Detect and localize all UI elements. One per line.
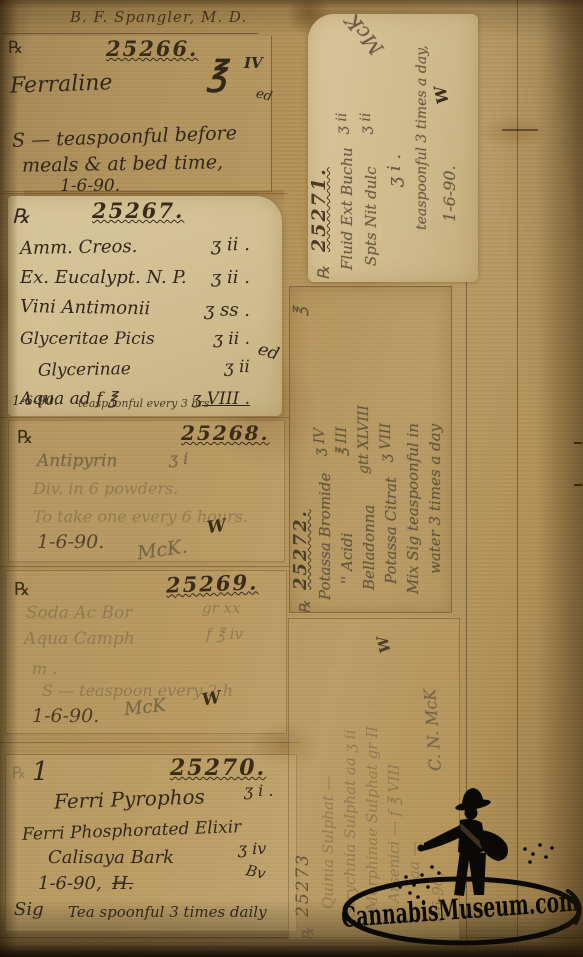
sig-line: meals & at bed time,: [22, 151, 223, 177]
quantity: gtt XLVIII: [356, 405, 372, 474]
annotation: ed: [254, 86, 273, 104]
ingredient: Potassa Bromide: [316, 473, 334, 600]
prescription-number: 25266.: [106, 36, 198, 61]
annotation: ℥: [290, 307, 309, 316]
quantity: ʒ ii: [334, 113, 350, 134]
ledger-mark: 1: [32, 757, 49, 787]
rotated-content: ℞ 25271. Fluid Ext Buchu ʒ ii Spts Nit d…: [308, 14, 478, 282]
quantity: gr xx: [202, 599, 240, 617]
sig-label: Sig: [14, 899, 44, 920]
page-edge: [0, 943, 583, 957]
annotation: ed: [255, 339, 281, 364]
initial-mark: W: [430, 84, 452, 106]
date: 1-6-90.: [12, 394, 58, 409]
quantity: ʒ ss .: [204, 299, 250, 331]
quantity: ʒ ii: [224, 357, 250, 387]
quantity: IV: [244, 54, 263, 72]
date-mark: H.: [112, 873, 133, 894]
ink-mark: [502, 129, 538, 131]
drug-line: Ferraline: [10, 70, 113, 99]
quantity: ʒ ii .: [211, 267, 250, 298]
initial-mark: W: [373, 634, 395, 655]
initial-mark: W: [200, 687, 222, 710]
quantity: ʒ VIII: [378, 423, 394, 462]
sig-line: Tea spoonful 3 times daily: [68, 903, 267, 921]
prescription-slip-25267: ℞ 25267. Amm. Creos.ʒ ii . Ex. Eucalypt.…: [8, 196, 282, 416]
signature: McK.: [136, 536, 189, 565]
prescription-number: 25270.: [170, 755, 266, 781]
rotated-content: ℞ 25272. ℥ Potassa Bromide ʒ IV '' Acidi…: [290, 287, 452, 613]
crease: [0, 566, 292, 567]
date: 1-6-90,: [38, 873, 102, 894]
quantity: ʒ ii: [358, 113, 374, 134]
ingredient: '' Acidi: [338, 533, 356, 584]
physician-name: B. F. Spangler, M. D.: [70, 8, 250, 26]
prescription-slip-25268: ℞ 25268. Antipyrin ʒ i Div. in 6 powders…: [8, 420, 285, 562]
ingredient-list: Amm. Creos.ʒ ii . Ex. Eucalypt. N. P.ʒ i…: [20, 236, 250, 419]
sig-line: Div. in 6 powders.: [33, 479, 178, 498]
sig-line: Mix Sig teaspoonful in: [404, 423, 422, 594]
rx-symbol: ℞: [296, 601, 314, 613]
ingredient: Aqua Camph: [24, 629, 135, 649]
margin-mark: Bv: [244, 861, 267, 883]
date: 1-6-90.: [32, 705, 99, 727]
crease: [0, 193, 288, 194]
signature: McK: [340, 14, 388, 60]
prescription-number: 25268.: [181, 421, 270, 445]
ingredient: Glycerinae: [38, 359, 131, 391]
prescription-number: 25271.: [308, 167, 330, 252]
prescription-slip-25271: ℞ 25271. Fluid Ext Buchu ʒ ii Spts Nit d…: [308, 14, 478, 282]
prescription-slip-25270: ℞ 1 25270. Ferri Pyrophos ʒ i . Ferri Ph…: [5, 754, 297, 932]
quantity: ℥ III: [334, 427, 350, 456]
ingredient: Ferri Pyrophos: [54, 784, 206, 813]
quantity: ʒ i: [169, 449, 188, 468]
quantity: ʒ i .: [244, 781, 273, 800]
quantity: ʒ ii .: [213, 329, 250, 359]
prescription-slip-25272: ℞ 25272. ℥ Potassa Bromide ʒ IV '' Acidi…: [289, 286, 452, 613]
ingredient: Calisaya Bark: [48, 847, 174, 868]
rx-symbol: ℞: [299, 928, 317, 940]
prescription-number: 25269.: [166, 569, 259, 597]
quantity: ʒ iv: [238, 839, 266, 858]
sig-line: S — teaspoonful before: [12, 122, 238, 152]
signature: McK: [123, 695, 167, 720]
date: 1-6-90.: [60, 176, 120, 196]
initial-mark: W: [206, 516, 228, 538]
prescription-slip-25269: ℞ 25269. Soda Ac Bor gr xx Aqua Camph f …: [5, 570, 287, 734]
page-edge: [0, 0, 583, 8]
ounce-symbol: ℥: [207, 54, 227, 94]
ingredient: Belladonna: [360, 505, 378, 590]
ingredient: Spts Nit dulc: [362, 166, 380, 266]
rx-symbol: ℞: [17, 427, 33, 448]
prescription-slip-25266: ℞ 25266. Ferraline ℥ IV ed S — teaspoonf…: [4, 36, 272, 192]
ingredient: Potassa Citrat: [382, 477, 400, 584]
header-rule: [2, 33, 258, 34]
quantity: ʒ i .: [384, 154, 405, 187]
ingredient: Amm. Creos.: [20, 236, 138, 269]
date: 1-6-90.: [440, 165, 459, 222]
sig-line: water 3 times a day: [426, 424, 444, 574]
quantity: ʒ ii .: [211, 234, 250, 266]
ingredient: Fluid Ext Buchu: [338, 147, 356, 270]
ingredient: Ex. Eucalypt. N. P.: [20, 267, 187, 298]
date: 1-6-90.: [37, 531, 104, 553]
sig-line: teaspoonful 3 times a day,: [414, 45, 430, 230]
prescription-number: 25267.: [92, 198, 184, 223]
ingredient: Antipyrin: [37, 451, 118, 471]
sig-line: m .: [32, 659, 57, 678]
page-edge: [0, 0, 18, 957]
rx-symbol: ℞: [314, 266, 333, 280]
ingredient: Soda Ac Bor: [26, 603, 132, 623]
ingredient: Glyceritae Picis: [20, 329, 155, 359]
page-edge: [537, 0, 583, 957]
quantity: f ℥ iv: [206, 625, 243, 643]
sig-note: teaspoonful every 3 hrs: [78, 397, 209, 410]
scrapbook-page: B. F. Spangler, M. D. ℞ 25266. Ferraline…: [0, 0, 583, 957]
prescription-number: 25273: [293, 853, 313, 917]
ingredient: Ferri Phosphorated Elixir: [22, 817, 242, 845]
ingredient: Quinia Sulphat —: [319, 775, 337, 909]
prescription-number: 25272.: [290, 509, 311, 590]
quantity: ʒ IV: [312, 428, 328, 456]
ingredient: Vini Antimonii: [20, 296, 151, 329]
crease: [0, 742, 300, 743]
